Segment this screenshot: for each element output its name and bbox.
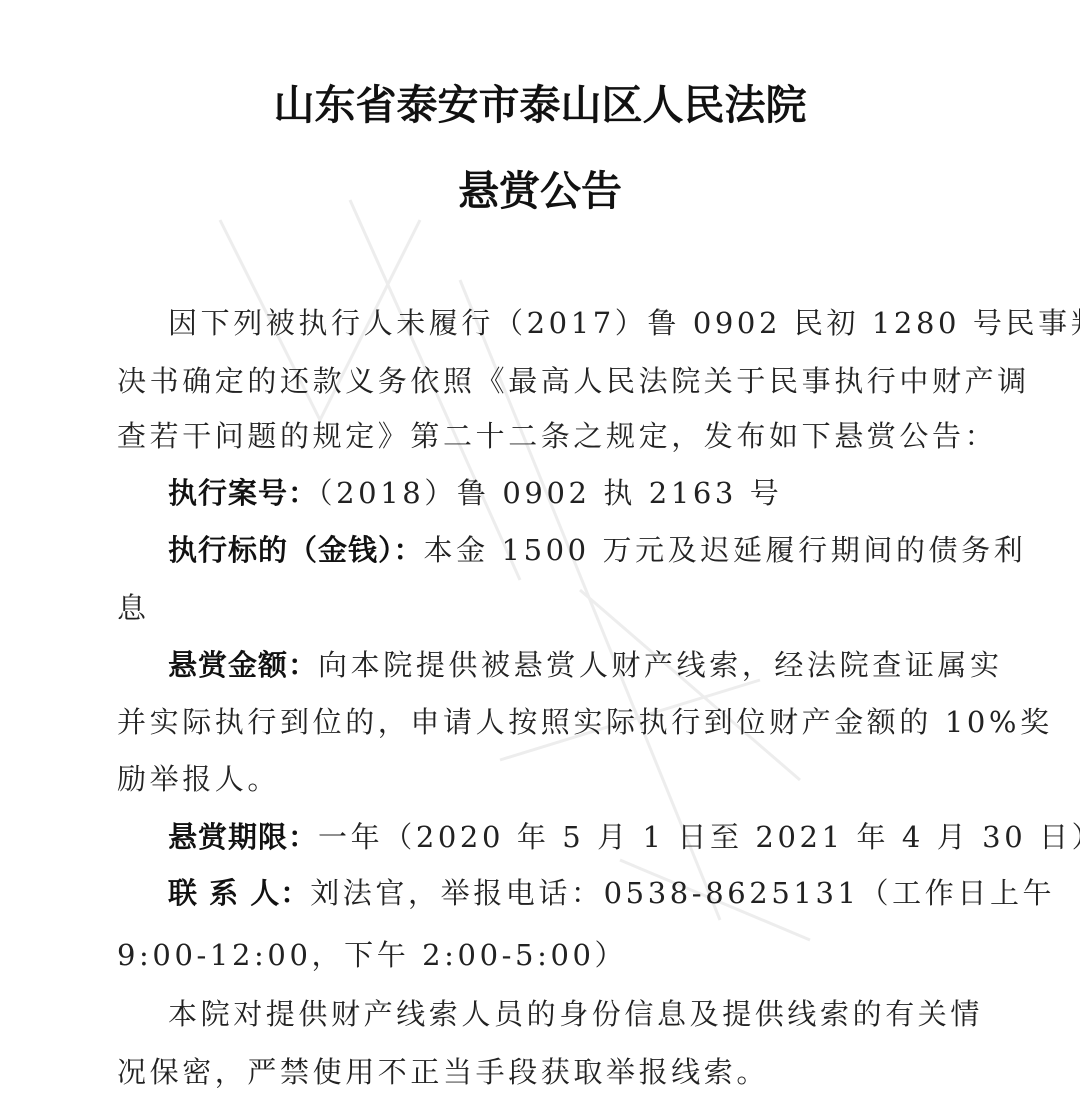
contact-value: 刘法官，举报电话：0538-8625131（工作日上午 [310, 876, 1055, 910]
reward-amount-row: 悬赏金额：向本院提供被悬赏人财产线索，经法院查证属实 [168, 647, 948, 683]
reward-amount-line-3: 励举报人。 [117, 761, 947, 797]
contact-hours: 9:00-12:00，下午 2:00-5:00） [117, 937, 947, 973]
reward-amount-label: 悬赏金额： [168, 648, 318, 682]
subject-label: 执行标的（金钱）： [168, 533, 424, 567]
court-name-title: 山东省泰安市泰山区人民法院 [0, 72, 1080, 131]
intro-line-3: 查若干问题的规定》第二十二条之规定，发布如下悬赏公告： [117, 418, 947, 454]
reward-amount-value: 向本院提供被悬赏人财产线索，经法院查证属实 [318, 648, 1003, 682]
case-number-label: 执行案号： [168, 476, 318, 510]
reward-period-label: 悬赏期限： [168, 820, 318, 854]
intro-line-2: 决书确定的还款义务依照《最高人民法院关于民事执行中财产调 [117, 363, 947, 399]
subject-value-continued: 息 [117, 590, 947, 626]
case-number-row: 执行案号：（2018）鲁 0902 执 2163 号 [168, 475, 948, 511]
watermark-stamp-icon [200, 160, 840, 980]
subject-row: 执行标的（金钱）：本金 1500 万元及迟延履行期间的债务利 [168, 532, 948, 568]
subject-value: 本金 1500 万元及迟延履行期间的债务利 [424, 533, 1027, 567]
reward-amount-line-2: 并实际执行到位的，申请人按照实际执行到位财产金额的 10%奖 [117, 704, 947, 740]
intro-line-1: 因下列被执行人未履行（2017）鲁 0902 民初 1280 号民事判 [168, 305, 948, 341]
notice-title: 悬赏公告 [0, 158, 1080, 217]
confidentiality-line-2: 况保密，严禁使用不正当手段获取举报线索。 [117, 1054, 947, 1090]
contact-label: 联 系 人： [168, 876, 310, 910]
contact-row: 联 系 人：刘法官，举报电话：0538-8625131（工作日上午 [168, 875, 948, 911]
reward-period-value: 一年（2020 年 5 月 1 日至 2021 年 4 月 30 日） [318, 820, 1080, 854]
reward-period-row: 悬赏期限：一年（2020 年 5 月 1 日至 2021 年 4 月 30 日） [168, 819, 948, 855]
case-number-value: （2018）鲁 0902 执 2163 号 [318, 476, 782, 510]
confidentiality-line-1: 本院对提供财产线索人员的身份信息及提供线索的有关情 [168, 996, 948, 1032]
